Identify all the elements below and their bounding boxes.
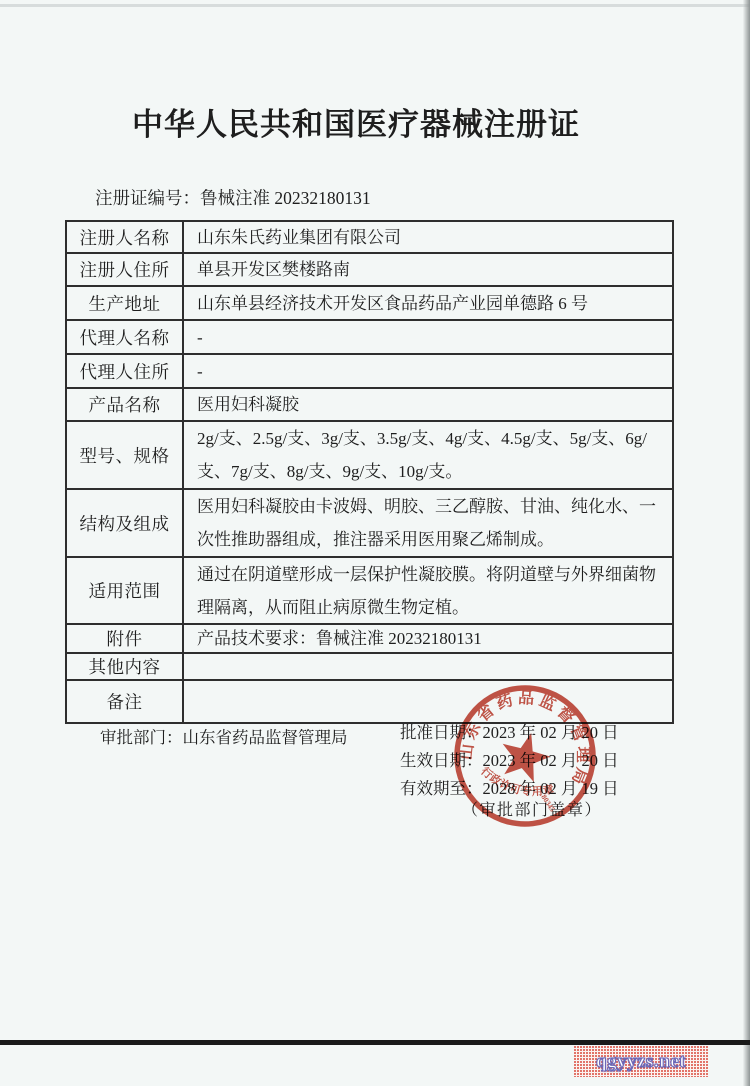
table-row: 产品名称 医用妇科凝胶 [67, 389, 672, 422]
table-row: 其他内容 [67, 654, 672, 681]
row-label: 代理人名称 [67, 321, 184, 353]
site-watermark: qgyyzs.net [574, 1046, 708, 1077]
scan-bottom-divider [0, 1040, 750, 1045]
approval-department-label: 审批部门： [100, 728, 183, 747]
approval-department-value: 山东省药品监督管理局 [183, 728, 348, 747]
row-value: 山东朱氏药业集团有限公司 [184, 222, 672, 252]
page-title: 中华人民共和国医疗器械注册证 [0, 99, 712, 144]
table-row: 适用范围 通过在阴道壁形成一层保护性凝胶膜。将阴道壁与外界细菌物理隔离，从而阻止… [67, 558, 672, 625]
row-label: 适用范围 [67, 558, 184, 623]
registration-number-value: 鲁械注准 20232180131 [200, 188, 371, 208]
row-value: 单县开发区樊楼路南 [184, 254, 672, 285]
row-label: 附件 [67, 625, 184, 652]
row-value: 通过在阴道壁形成一层保护性凝胶膜。将阴道壁与外界细菌物理隔离，从而阻止病原微生物… [184, 558, 672, 623]
row-value: - [184, 355, 672, 387]
table-row: 注册人名称 山东朱氏药业集团有限公司 [67, 222, 672, 254]
row-label: 生产地址 [67, 287, 184, 319]
row-label: 型号、规格 [67, 422, 184, 488]
row-value: 医用妇科凝胶 [184, 389, 672, 420]
certificate-table: 注册人名称 山东朱氏药业集团有限公司 注册人住所 单县开发区樊楼路南 生产地址 … [65, 220, 674, 724]
site-watermark-text: qgyyzs.net [596, 1051, 686, 1073]
row-value [184, 654, 672, 679]
seal-serial-number: 80345 [539, 793, 557, 814]
registration-number-label: 注册证编号： [95, 188, 200, 208]
row-value: 2g/支、2.5g/支、3g/支、3.5g/支、4g/支、4.5g/支、5g/支… [184, 422, 672, 488]
row-label: 产品名称 [67, 389, 184, 420]
row-value: 产品技术要求：鲁械注准 20232180131 [184, 625, 672, 652]
row-label: 其他内容 [67, 654, 184, 679]
table-row: 代理人住所 - [67, 355, 672, 389]
scan-edge-right [743, 0, 750, 1086]
registration-number-line: 注册证编号：鲁械注准 20232180131 [95, 185, 371, 210]
row-label: 代理人住所 [67, 355, 184, 387]
scan-edge-top [0, 4, 750, 7]
row-label: 注册人名称 [67, 222, 184, 252]
table-row: 生产地址 山东单县经济技术开发区食品药品产业园单德路 6 号 [67, 287, 672, 321]
row-value: 山东单县经济技术开发区食品药品产业园单德路 6 号 [184, 287, 672, 319]
approval-department-line: 审批部门：山东省药品监督管理局 [100, 724, 348, 748]
certificate-page: 中华人民共和国医疗器械注册证 注册证编号：鲁械注准 20232180131 注册… [0, 0, 750, 1086]
seal-star-icon [495, 726, 555, 784]
row-label: 注册人住所 [67, 254, 184, 285]
row-label: 结构及组成 [67, 490, 184, 556]
table-row: 代理人名称 - [67, 321, 672, 355]
table-row: 附件 产品技术要求：鲁械注准 20232180131 [67, 625, 672, 654]
table-row: 型号、规格 2g/支、2.5g/支、3g/支、3.5g/支、4g/支、4.5g/… [67, 422, 672, 490]
row-value: 医用妇科凝胶由卡波姆、明胶、三乙醇胺、甘油、纯化水、一次性推助器组成，推注器采用… [184, 490, 672, 556]
table-row: 结构及组成 医用妇科凝胶由卡波姆、明胶、三乙醇胺、甘油、纯化水、一次性推助器组成… [67, 490, 672, 558]
table-row: 注册人住所 单县开发区樊楼路南 [67, 254, 672, 287]
row-value: - [184, 321, 672, 353]
row-label: 备注 [67, 681, 184, 722]
